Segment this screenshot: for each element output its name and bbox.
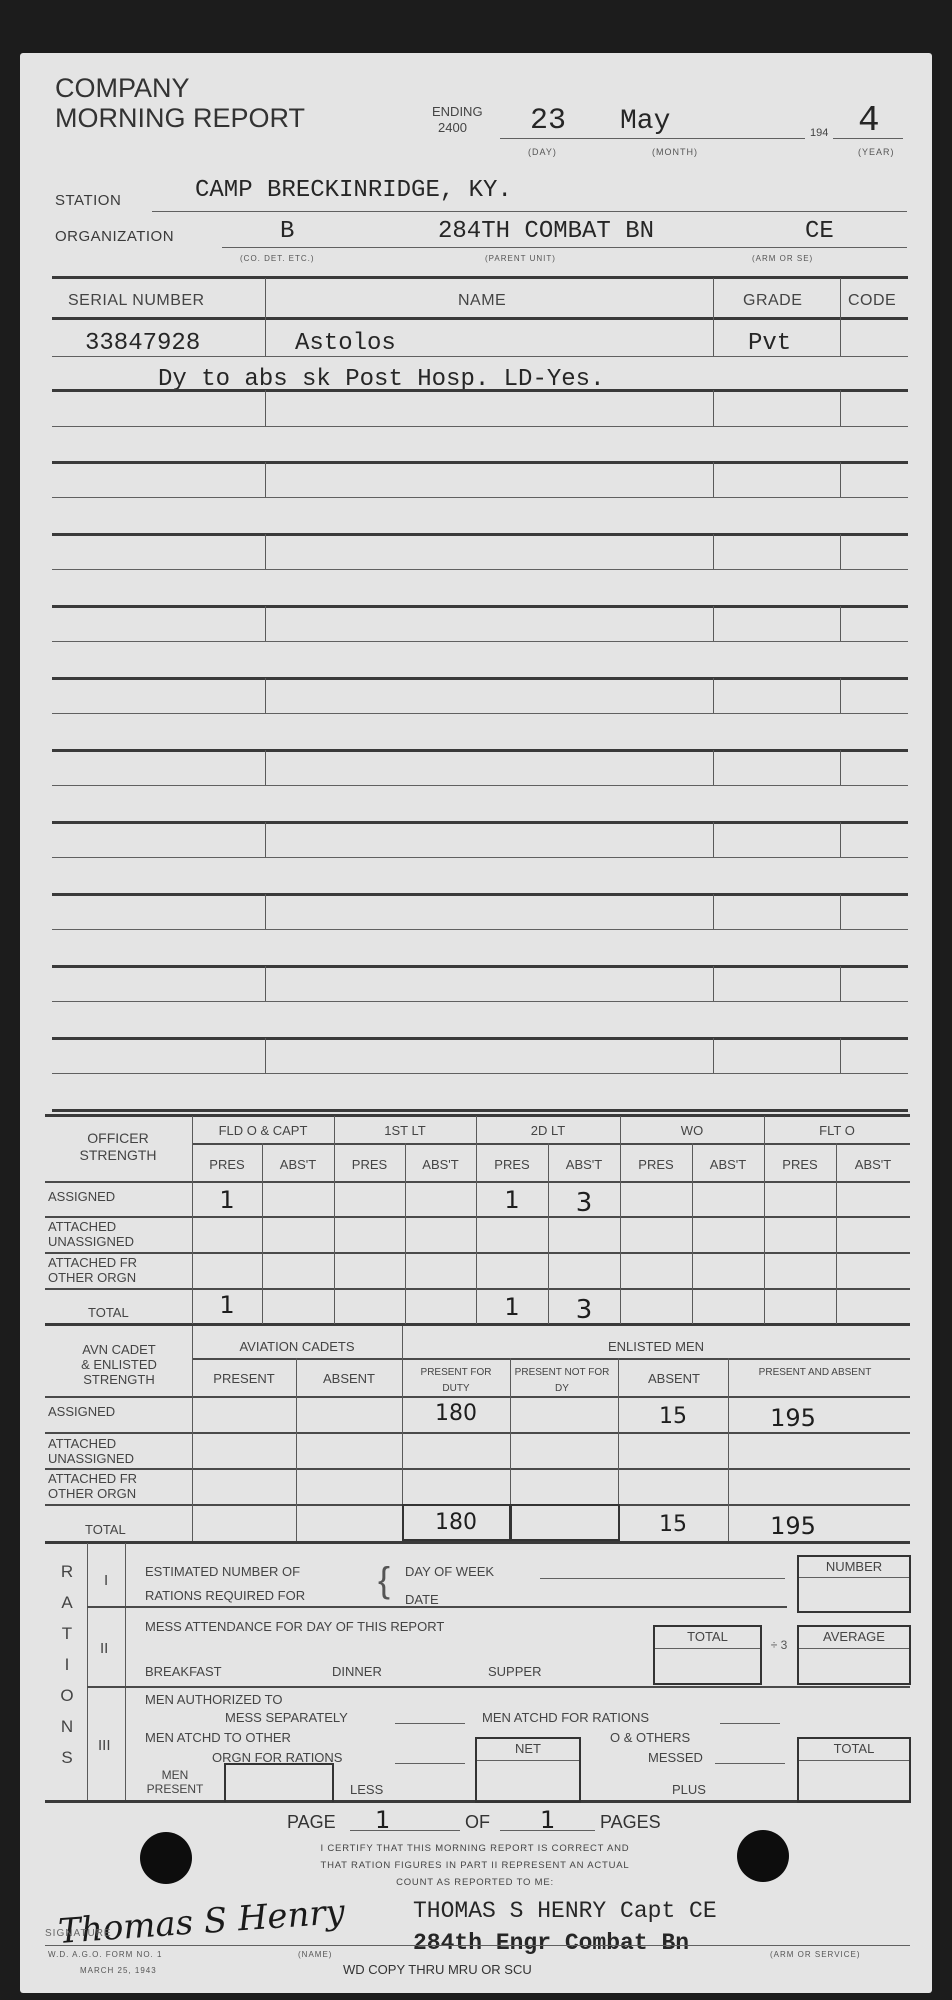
- parent-caption: (PARENT UNIT): [485, 254, 556, 263]
- roster-col-divider: [265, 822, 266, 857]
- officer-bottom-rule: [45, 1323, 910, 1326]
- certify-line-3: COUNT AS REPORTED TO ME:: [240, 1874, 710, 1891]
- enlisted-col-present-for-duty: PRESENT FOR DUTY: [410, 1365, 502, 1397]
- sub-abst: ABS'T: [548, 1157, 620, 1172]
- entry-name: Astolos: [295, 330, 396, 357]
- sub-abst: ABS'T: [405, 1157, 476, 1172]
- roster-rule: [52, 785, 908, 786]
- part1-line2: RATIONS REQUIRED FOR: [145, 1588, 305, 1603]
- brace: {: [378, 1560, 390, 1600]
- orgn-for-rations-line: [395, 1763, 465, 1764]
- roster-rule: [52, 533, 908, 536]
- entry-grade: Pvt: [748, 330, 791, 357]
- pages-label: PAGES: [600, 1812, 661, 1833]
- part1-day-of-week: DAY OF WEEK: [405, 1564, 494, 1579]
- group-fld-o-capt: FLD O & CAPT: [192, 1123, 334, 1138]
- group-1st-lt: 1ST LT: [334, 1123, 476, 1138]
- officer-row-rule: [45, 1252, 910, 1254]
- enlisted-row-attached-unassigned: ATTACHED UNASSIGNED: [48, 1436, 178, 1466]
- officer-group-rule: [192, 1143, 910, 1145]
- roster-rule: [52, 821, 908, 824]
- date-line: [500, 138, 805, 139]
- sub-abst: ABS'T: [836, 1157, 910, 1172]
- officer-assigned-2dlt-pres: 1: [476, 1186, 548, 1214]
- officer-total-2dlt-pres: 1: [476, 1293, 548, 1321]
- report-day: 23: [530, 104, 566, 138]
- roster-col-divider: [713, 606, 714, 641]
- enlisted-title-2: & ENLISTED: [48, 1357, 190, 1372]
- average-label: AVERAGE: [797, 1629, 911, 1644]
- officer-assigned-fld-pres: 1: [192, 1186, 262, 1214]
- officer-row-rule: [45, 1216, 910, 1218]
- mess-total-rule: [655, 1648, 760, 1649]
- part1-numeral: I: [104, 1572, 108, 1589]
- roster-col-divider: [265, 534, 266, 569]
- enlisted-col-present-and-absent: PRESENT AND ABSENT: [745, 1365, 885, 1381]
- month-caption: (MONTH): [652, 147, 698, 157]
- roster-rule: [52, 461, 908, 464]
- col-serial-number: SERIAL NUMBER: [68, 292, 205, 310]
- part2-title: MESS ATTENDANCE FOR DAY OF THIS REPORT: [145, 1619, 444, 1634]
- roster-col-divider: [840, 390, 841, 426]
- group-flt-o: FLT O: [764, 1123, 910, 1138]
- copy-note: WD COPY THRU MRU OR SCU: [343, 1962, 532, 1977]
- number-box-label: NUMBER: [797, 1559, 911, 1574]
- officer-col-divider: [620, 1116, 621, 1324]
- side-letter: S: [48, 1742, 86, 1773]
- certify-line-1: I CERTIFY THAT THIS MORNING REPORT IS CO…: [240, 1840, 710, 1857]
- punch-hole-right: [737, 1830, 789, 1882]
- col-name: NAME: [458, 292, 506, 310]
- year-line: [833, 138, 903, 139]
- roster-rule: [52, 426, 908, 427]
- part3-men-present: MEN PRESENT: [125, 1768, 225, 1796]
- enlisted-row-rule: [45, 1432, 910, 1434]
- enlisted-col-present-not-for-dy: PRESENT NOT FOR DY: [514, 1365, 610, 1397]
- station-value: CAMP BRECKINRIDGE, KY.: [195, 177, 512, 204]
- certification-text: I CERTIFY THAT THIS MORNING REPORT IS CO…: [240, 1840, 710, 1891]
- sub-abst: ABS'T: [262, 1157, 334, 1172]
- officer-assigned-2dlt-abst: 3: [548, 1188, 620, 1218]
- roster-rule: [52, 1001, 908, 1002]
- rations-side-label: R A T I O N S: [48, 1556, 86, 1773]
- form-title: COMPANY MORNING REPORT: [55, 73, 305, 133]
- officer-total-fld-pres: 1: [192, 1291, 262, 1319]
- roster-rule: [52, 749, 908, 752]
- roster-col-divider: [713, 966, 714, 1001]
- part1-line1: ESTIMATED NUMBER OF: [145, 1564, 300, 1579]
- side-letter: T: [48, 1618, 86, 1649]
- group-wo: WO: [620, 1123, 764, 1138]
- roster-rule: [52, 569, 908, 570]
- roster-col-divider: [840, 1038, 841, 1073]
- part3-numeral: III: [98, 1737, 111, 1754]
- sub-pres: PRES: [334, 1157, 405, 1172]
- name-caption: (NAME): [298, 1950, 332, 1959]
- officer-title-2: STRENGTH: [48, 1147, 188, 1164]
- enlisted-bottom-rule: [45, 1541, 910, 1544]
- signer-unit: 284th Engr Combat Bn: [413, 1930, 689, 1956]
- roster-rule: [52, 677, 908, 680]
- roster-col-divider: [265, 1038, 266, 1073]
- sub-pres: PRES: [764, 1157, 836, 1172]
- roster-col-divider: [840, 822, 841, 857]
- day-caption: (DAY): [528, 147, 557, 157]
- part3-mess-separately: MESS SEPARATELY: [225, 1710, 348, 1725]
- part1-date: DATE: [405, 1592, 439, 1607]
- enlisted-row-total: TOTAL: [85, 1522, 126, 1537]
- group-enlisted-men: ENLISTED MEN: [402, 1339, 910, 1354]
- sub-pres: PRES: [192, 1157, 262, 1172]
- title-line-1: COMPANY: [55, 73, 305, 103]
- enlisted-row-assigned: ASSIGNED: [48, 1404, 115, 1419]
- roster-col-divider: [713, 318, 714, 356]
- entry-serial: 33847928: [85, 330, 200, 357]
- ending-label: ENDING 2400: [432, 104, 483, 136]
- signer-name: THOMAS S HENRY Capt CE: [413, 1898, 717, 1924]
- total-present-and-absent: 195: [728, 1512, 858, 1540]
- title-line-2: MORNING REPORT: [55, 103, 305, 133]
- form-number: W.D. A.G.O. FORM NO. 1: [48, 1950, 162, 1959]
- punch-hole-left: [140, 1832, 192, 1884]
- enlisted-col-absent: ABSENT: [620, 1371, 728, 1386]
- roster-rule: [52, 1073, 908, 1074]
- roster-rule: [52, 1109, 908, 1112]
- col-grade: GRADE: [743, 292, 802, 310]
- officer-row-rule: [45, 1288, 910, 1290]
- station-label: STATION: [55, 192, 121, 209]
- roster-col-divider: [265, 278, 266, 318]
- side-letter: I: [48, 1649, 86, 1680]
- roster-col-divider: [265, 318, 266, 356]
- page-label: PAGE: [287, 1812, 336, 1833]
- company-value: B: [280, 218, 294, 245]
- side-letter: O: [48, 1680, 86, 1711]
- roster-rule: [52, 713, 908, 714]
- group-aviation-cadets: AVIATION CADETS: [192, 1339, 402, 1354]
- roster-col-divider: [840, 278, 841, 318]
- part3-messed: MESSED: [648, 1750, 703, 1765]
- roster-col-divider: [713, 894, 714, 929]
- roster-col-divider: [265, 390, 266, 426]
- assigned-present-and-absent: 195: [728, 1404, 858, 1432]
- part2-breakfast: BREAKFAST: [145, 1664, 222, 1679]
- organization-label: ORGANIZATION: [55, 228, 174, 245]
- roster-top-rule: [52, 276, 908, 279]
- divide-by-three: ÷ 3: [770, 1636, 788, 1654]
- roster-rule: [52, 929, 908, 930]
- roster-col-divider: [840, 462, 841, 497]
- mess-total-label: TOTAL: [653, 1629, 762, 1644]
- cadet-col-absent: ABSENT: [296, 1371, 402, 1386]
- parent-unit-value: 284TH COMBAT BN: [438, 218, 654, 245]
- enlisted-header-rule: [45, 1396, 910, 1398]
- sub-pres: PRES: [476, 1157, 548, 1172]
- arm-caption: (ARM OR SE): [752, 254, 813, 263]
- roster-col-divider: [265, 606, 266, 641]
- part3-men-atchd-rations: MEN ATCHD FOR RATIONS: [482, 1710, 649, 1725]
- day-of-week-line: [540, 1578, 785, 1579]
- of-label: OF: [465, 1812, 490, 1833]
- part2-numeral: II: [100, 1640, 108, 1657]
- roster-col-divider: [265, 750, 266, 785]
- messed-line: [715, 1763, 785, 1764]
- part3-plus: PLUS: [672, 1782, 706, 1797]
- group-2d-lt: 2D LT: [476, 1123, 620, 1138]
- part3-men-authorized: MEN AUTHORIZED TO: [145, 1692, 282, 1707]
- roster-col-divider: [713, 822, 714, 857]
- year-prefix: 194: [810, 127, 828, 139]
- net-rule: [477, 1760, 579, 1761]
- officer-row-attached-fr: ATTACHED FR OTHER ORGN: [48, 1255, 173, 1285]
- col-code: CODE: [848, 292, 896, 310]
- enlisted-col-divider: [192, 1326, 193, 1541]
- roster-rule: [52, 389, 908, 392]
- total-present-for-duty: 180: [402, 1510, 510, 1535]
- number-box-rule: [799, 1577, 909, 1578]
- officer-row-attached-unassigned: ATTACHED UNASSIGNED: [48, 1219, 178, 1249]
- roster-rule: [52, 605, 908, 608]
- part3-men-atchd-other: MEN ATCHD TO OTHER: [145, 1730, 291, 1745]
- roster-rule: [52, 965, 908, 968]
- total-absent: 15: [618, 1512, 728, 1537]
- report-month: May: [620, 106, 670, 137]
- men-atchd-rations-line: [720, 1723, 780, 1724]
- roster-rule: [52, 356, 908, 357]
- organization-line: [222, 247, 907, 248]
- part3-o-others: O & OTHERS: [610, 1730, 690, 1745]
- roster-col-divider: [713, 462, 714, 497]
- cadet-col-present: PRESENT: [192, 1371, 296, 1386]
- sub-abst: ABS'T: [692, 1157, 764, 1172]
- roster-col-divider: [840, 318, 841, 356]
- sub-pres: PRES: [620, 1157, 692, 1172]
- officer-col-divider: [262, 1143, 263, 1324]
- roster-col-divider: [840, 534, 841, 569]
- roster-col-divider: [840, 606, 841, 641]
- station-line: [152, 211, 907, 212]
- enlisted-strength-title: AVN CADET & ENLISTED STRENGTH: [48, 1342, 190, 1387]
- officer-header-rule: [45, 1181, 910, 1183]
- roster-rule: [52, 641, 908, 642]
- year-caption: (YEAR): [858, 147, 895, 157]
- arm-service-caption: (ARM OR SERVICE): [770, 1950, 861, 1959]
- roster-rule: [52, 857, 908, 858]
- roster-col-divider: [265, 966, 266, 1001]
- signature-label: SIGNATURE: [45, 1928, 112, 1939]
- ending-label-2: 2400: [432, 120, 483, 136]
- part2-dinner: DINNER: [332, 1664, 382, 1679]
- officer-col-divider: [692, 1143, 693, 1324]
- officer-row-total: TOTAL: [88, 1305, 129, 1320]
- ration-total-label: TOTAL: [797, 1741, 911, 1756]
- enlisted-title-1: AVN CADET: [48, 1342, 190, 1357]
- roster-col-divider: [713, 750, 714, 785]
- roster-col-divider: [713, 678, 714, 713]
- roster-col-divider: [840, 678, 841, 713]
- officer-col-divider: [836, 1143, 837, 1324]
- officer-title-1: OFFICER: [48, 1130, 188, 1147]
- arm-value: CE: [805, 218, 834, 245]
- report-year: 4: [858, 100, 880, 141]
- roster-rule: [52, 1037, 908, 1040]
- enlisted-title-3: STRENGTH: [48, 1372, 190, 1387]
- assigned-present-for-duty: 180: [402, 1401, 510, 1426]
- officer-row-assigned: ASSIGNED: [48, 1189, 115, 1204]
- total-present-not-for-dy-box: [510, 1504, 620, 1541]
- men-present-1: MEN: [125, 1768, 225, 1782]
- pages-line: [500, 1830, 595, 1831]
- officer-top-rule: [45, 1114, 910, 1117]
- part3-less: LESS: [350, 1782, 383, 1797]
- side-letter: A: [48, 1587, 86, 1618]
- officer-col-divider: [405, 1143, 406, 1324]
- net-label: NET: [475, 1741, 581, 1756]
- enlisted-group-rule: [192, 1358, 910, 1360]
- roster-col-divider: [265, 678, 266, 713]
- roster-col-divider: [265, 462, 266, 497]
- co-caption: (CO. DET. ETC.): [240, 254, 315, 263]
- men-present-2: PRESENT: [125, 1782, 225, 1796]
- officer-strength-title: OFFICER STRENGTH: [48, 1130, 188, 1164]
- form-date: MARCH 25, 1943: [80, 1966, 157, 1975]
- roster-col-divider: [713, 390, 714, 426]
- roster-col-divider: [713, 278, 714, 318]
- roster-col-divider: [265, 894, 266, 929]
- roster-col-divider: [840, 966, 841, 1001]
- signature-line: [45, 1945, 910, 1946]
- part2-supper: SUPPER: [488, 1664, 541, 1679]
- rations-part2-rule: [87, 1686, 910, 1688]
- rations-side-divider: [87, 1543, 88, 1800]
- officer-total-2dlt-abst: 3: [548, 1295, 620, 1325]
- roster-col-divider: [840, 894, 841, 929]
- ending-label-1: ENDING: [432, 104, 483, 120]
- enlisted-row-attached-fr: ATTACHED FR OTHER ORGN: [48, 1471, 173, 1501]
- average-rule: [799, 1648, 909, 1649]
- page-line: [350, 1830, 460, 1831]
- roster-col-divider: [713, 1038, 714, 1073]
- mess-separately-line: [395, 1723, 465, 1724]
- roster-rule: [52, 893, 908, 896]
- roster-col-divider: [713, 534, 714, 569]
- officer-col-divider: [334, 1116, 335, 1324]
- roster-col-divider: [840, 750, 841, 785]
- officer-col-divider: [764, 1116, 765, 1324]
- rations-numeral-divider: [125, 1543, 126, 1800]
- ration-total-rule: [799, 1760, 909, 1761]
- assigned-absent: 15: [618, 1404, 728, 1429]
- side-letter: N: [48, 1711, 86, 1742]
- men-present-box[interactable]: [224, 1763, 334, 1802]
- enlisted-col-divider: [296, 1358, 297, 1541]
- side-letter: R: [48, 1556, 86, 1587]
- certify-line-2: THAT RATION FIGURES IN PART II REPRESENT…: [240, 1857, 710, 1874]
- roster-header-rule: [52, 317, 908, 320]
- roster-rule: [52, 497, 908, 498]
- enlisted-row-rule: [45, 1468, 910, 1470]
